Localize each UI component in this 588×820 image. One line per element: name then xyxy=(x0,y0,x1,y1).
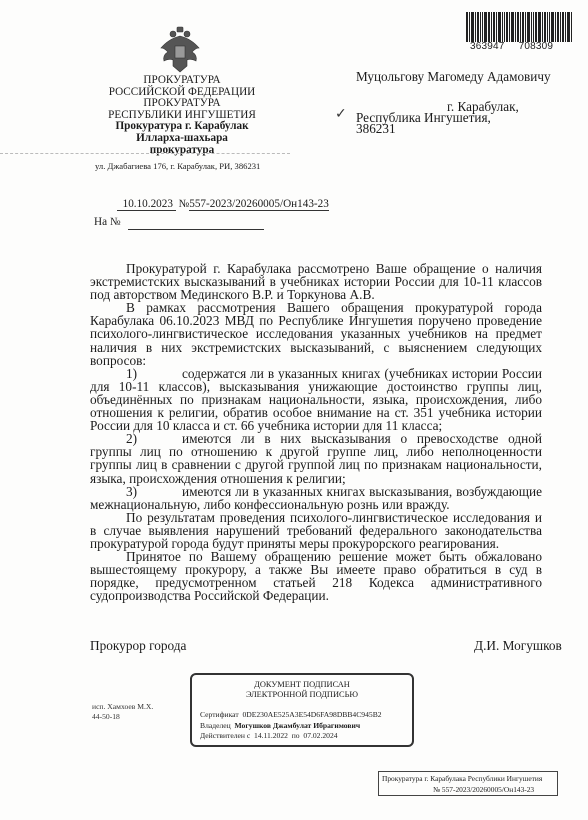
body-paragraph: Принятое по Вашему обращению решение мож… xyxy=(90,550,542,602)
certificate-row: Сертификат 0DE230AE525A3E54D6FA98DBB4C94… xyxy=(200,710,382,721)
number-sign: № xyxy=(179,198,190,210)
reply-to-label: На № xyxy=(94,216,121,228)
check-mark-icon: ✓ xyxy=(335,106,347,122)
owner-label: Владелец xyxy=(200,721,231,730)
body-paragraph: Прокуратурой г. Карабулака рассмотрено В… xyxy=(90,262,542,301)
valid-to-label: по xyxy=(292,731,300,740)
validity-row: Действителен с 14.11.2022 по 07.02.2024 xyxy=(200,731,382,742)
outgoing-number: 557-2023/20260005/Он143-23 xyxy=(189,198,329,211)
sender-organization: ПРОКУРАТУРА РОССИЙСКОЙ ФЕДЕРАЦИИ ПРОКУРА… xyxy=(82,75,282,156)
outgoing-date-value: 10.10.2023 xyxy=(123,198,173,210)
executor-phone: 44-50-18 xyxy=(92,712,153,722)
letter-body: Прокуратурой г. Карабулака рассмотрено В… xyxy=(90,262,542,602)
org-line: ПРОКУРАТУРА xyxy=(82,75,282,87)
valid-label: Действителен с xyxy=(200,731,250,740)
registration-box-number: № 557-2023/20260005/Он143-23 xyxy=(382,784,554,795)
certificate-value: 0DE230AE525A3E54D6FA98DBB4C945B2 xyxy=(242,710,381,719)
reply-to-blank xyxy=(128,229,264,230)
barcode-number-right: 708309 xyxy=(519,41,554,52)
valid-from: 14.11.2022 xyxy=(254,731,288,740)
russian-coat-of-arms-icon xyxy=(158,26,202,74)
owner-row: Владелец Могушков Джамбулат Ибрагимович xyxy=(200,721,382,732)
barcode-number: 363947708309 xyxy=(470,41,567,52)
outgoing-date: 10.10.2023 xyxy=(117,198,176,211)
executor-info: исп. Хамхоев М.Х. 44-50-18 xyxy=(92,702,153,722)
body-paragraph: По результатам проведения психолого-линг… xyxy=(90,511,542,550)
outgoing-registration: 10.10.2023 №557-2023/20260005/Он143-23 xyxy=(117,198,329,210)
incoming-registration-box: Прокуратура г. Карабулака Республики Инг… xyxy=(378,771,558,796)
question-item: 3)имеются ли в указанных книгах высказыв… xyxy=(90,485,542,511)
stamp-title: ДОКУМЕНТ ПОДПИСАН ЭЛЕКТРОННОЙ ПОДПИСЬЮ xyxy=(192,680,412,700)
signer-position: Прокурор города xyxy=(90,638,186,654)
sender-address: ул. Джабагиева 176, г. Карабулак, РИ, 38… xyxy=(95,161,260,171)
barcode-number-left: 363947 xyxy=(470,41,505,52)
certificate-label: Сертификат xyxy=(200,710,239,719)
stamp-title-line: ЭЛЕКТРОННОЙ ПОДПИСЬЮ xyxy=(192,690,412,700)
recipient-zip: 386231 xyxy=(356,121,396,137)
recipient-name: Муцольгову Магомеду Адамовичу xyxy=(356,69,551,85)
owner-value: Могушков Джамбулат Ибрагимович xyxy=(234,721,360,730)
body-paragraph: В рамках рассмотрения Вашего обращения п… xyxy=(90,301,542,366)
header-divider xyxy=(0,153,290,154)
question-item: 1)содержатся ли в указанных книгах (учеб… xyxy=(90,367,542,432)
registration-box-org: Прокуратура г. Карабулака Республики Инг… xyxy=(382,773,554,784)
stamp-details: Сертификат 0DE230AE525A3E54D6FA98DBB4C94… xyxy=(200,710,382,742)
signer-name: Д.И. Могушков xyxy=(474,638,562,654)
org-line-bold: Илларха-шахьара xyxy=(82,133,282,145)
executor-name: исп. Хамхоев М.Х. xyxy=(92,702,153,712)
valid-to: 07.02.2024 xyxy=(303,731,337,740)
org-line-bold: прокуратура xyxy=(82,145,282,157)
e-signature-stamp: ДОКУМЕНТ ПОДПИСАН ЭЛЕКТРОННОЙ ПОДПИСЬЮ С… xyxy=(190,673,414,747)
barcode xyxy=(466,12,584,42)
stamp-title-line: ДОКУМЕНТ ПОДПИСАН xyxy=(192,680,412,690)
question-item: 2)имеются ли в них высказывания о превос… xyxy=(90,432,542,484)
